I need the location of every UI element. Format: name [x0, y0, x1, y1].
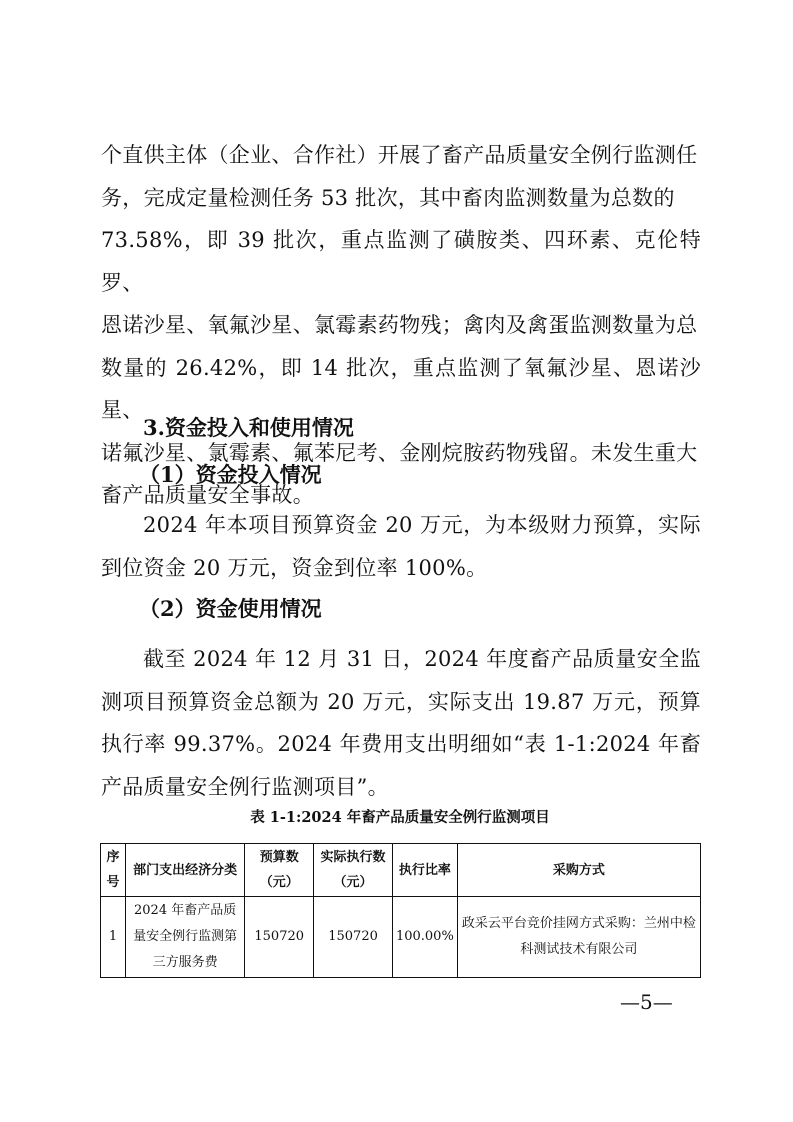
cell-index: 1: [101, 897, 126, 978]
header-ratio: 执行比率: [392, 844, 457, 897]
text-line: 个直供主体（企业、合作社）开展了畜产品质量安全例行监测任: [101, 134, 701, 177]
cell-category: 2024 年畜产品质量安全例行监测第三方服务费: [125, 897, 244, 978]
cell-ratio: 100.00%: [392, 897, 457, 978]
text-line: 73.58%，即 39 批次，重点监测了磺胺类、四环素、克伦特罗、: [101, 219, 701, 304]
page-number: —5—: [620, 990, 673, 1014]
text-line: 务，完成定量检测任务 53 批次，其中畜肉监测数量为总数的: [101, 177, 701, 220]
header-actual: 实际执行数（元）: [314, 844, 393, 897]
table-caption: 表 1-1:2024 年畜产品质量安全例行监测项目: [100, 806, 700, 827]
cell-procurement: 政采云平台竞价挂网方式采购：兰州中检科测试技术有限公司: [457, 897, 700, 978]
cell-budget: 150720: [245, 897, 314, 978]
header-budget: 预算数（元）: [245, 844, 314, 897]
text-line: 恩诺沙星、氧氟沙星、氯霉素药物残；禽肉及禽蛋监测数量为总: [101, 304, 701, 347]
table-header-row: 序号 部门支出经济分类 预算数（元） 实际执行数（元） 执行比率 采购方式: [101, 844, 701, 897]
expenditure-table: 序号 部门支出经济分类 预算数（元） 实际执行数（元） 执行比率 采购方式 1 …: [100, 843, 701, 978]
section-heading: 3.资金投入和使用情况: [143, 413, 354, 443]
header-index: 序号: [101, 844, 126, 897]
subsection-heading-funding-input: （1）资金投入情况: [139, 460, 322, 490]
paragraph-funding-input: 2024 年本项目预算资金 20 万元，为本级财力预算，实际到位资金 20 万元…: [101, 504, 701, 589]
header-category: 部门支出经济分类: [125, 844, 244, 897]
subsection-heading-funding-usage: （2）资金使用情况: [139, 594, 322, 624]
header-procurement: 采购方式: [457, 844, 700, 897]
paragraph-funding-usage: 截至 2024 年 12 月 31 日，2024 年度畜产品质量安全监测项目预算…: [101, 638, 701, 808]
table-row: 1 2024 年畜产品质量安全例行监测第三方服务费 150720 150720 …: [101, 897, 701, 978]
cell-actual: 150720: [314, 897, 393, 978]
